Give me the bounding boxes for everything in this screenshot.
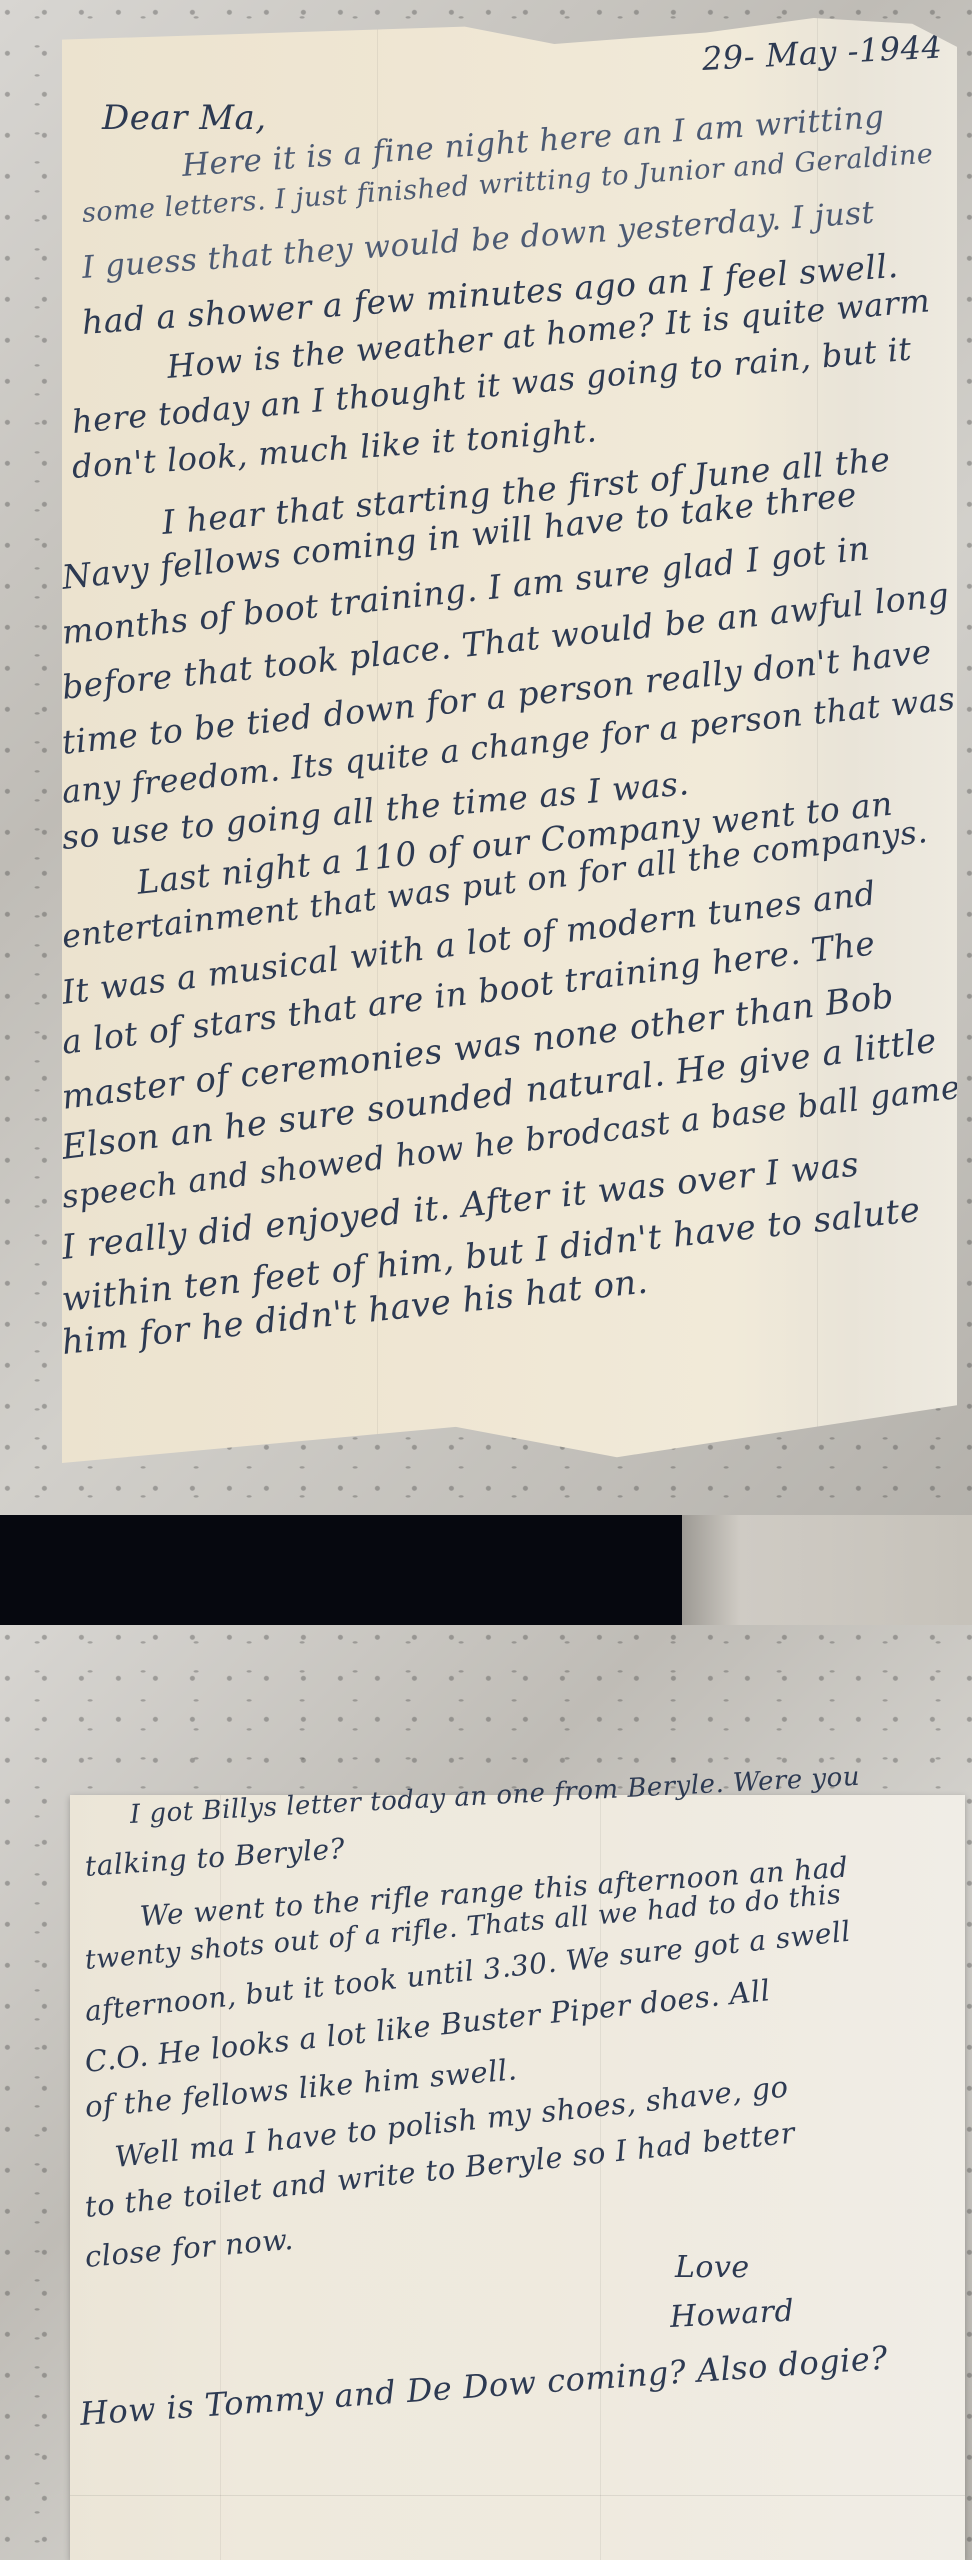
letter-date: 29- May -1944 <box>701 27 943 78</box>
letter-salutation: Dear Ma, <box>102 98 267 138</box>
letter-page-1: 29- May -1944 Dear Ma, Here it is a fine… <box>62 18 957 1463</box>
letter-page-2: I got Billys letter today an one from Be… <box>70 1795 965 2560</box>
divider-light-panel <box>682 1515 972 1625</box>
paper-fold-line <box>70 2495 965 2496</box>
letter-line: close for now. <box>84 2222 295 2274</box>
paper-fold-line <box>817 18 818 1463</box>
photo-divider-strip <box>0 1515 972 1625</box>
letter-closing: Love <box>675 2250 750 2285</box>
letter-signature: Howard <box>669 2294 795 2335</box>
letter-postscript: How is Tommy and De Dow coming? Also dog… <box>79 2339 889 2433</box>
letter-line: talking to Beryle? <box>84 1832 346 1883</box>
